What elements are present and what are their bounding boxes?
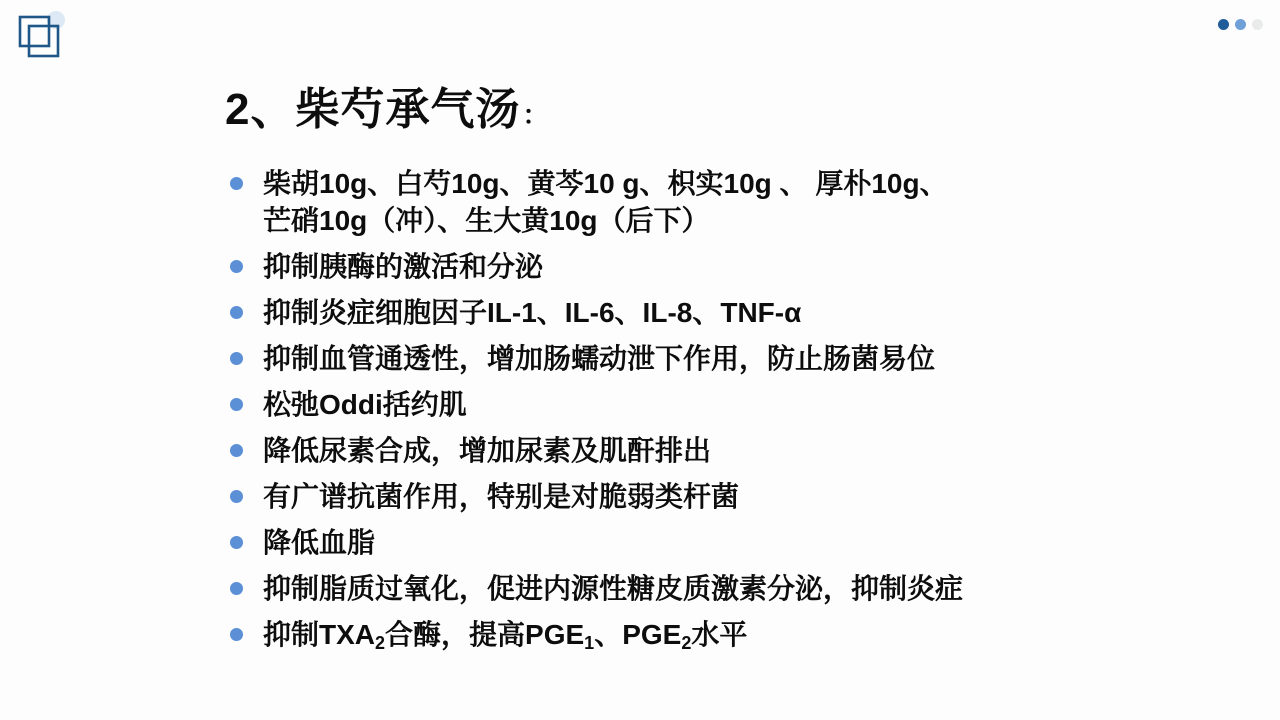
bullet-item-5: 松弛Oddi括约肌 [225,386,1105,423]
bullet-dot-icon [230,490,243,503]
pagination-dots [1218,19,1263,30]
pagination-dot-2 [1235,19,1246,30]
slide-title-text: 2、柴芍承气汤 [225,85,520,134]
bullet-list: 柴胡10g、白芍10g、黄芩10 g、枳实10g 、 厚朴10g、芒硝10g（冲… [225,165,1105,653]
pagination-dot-1 [1218,19,1229,30]
slide-canvas: 2、柴芍承气汤： 柴胡10g、白芍10g、黄芩10 g、枳实10g 、 厚朴10… [0,0,1280,720]
bullet-text: 抑制炎症细胞因子IL-1、IL-6、IL-8、TNF-α [263,294,801,331]
bullet-item-8: 降低血脂 [225,524,1105,561]
slide-title-colon: ： [522,100,549,130]
bullet-text: 有广谱抗菌作用，特别是对脆弱类杆菌 [263,478,739,515]
slide-content: 2、柴芍承气汤： 柴胡10g、白芍10g、黄芩10 g、枳实10g 、 厚朴10… [225,84,1105,662]
bullet-dot-icon [230,582,243,595]
bullet-text: 降低血脂 [263,524,375,561]
bullet-item-2: 抑制胰酶的激活和分泌 [225,248,1105,285]
bullet-dot-icon [230,628,243,641]
bullet-text: 抑制TXA2合酶，提高PGE1、PGE2水平 [263,616,747,653]
slide-title: 2、柴芍承气汤： [225,84,1105,141]
bullet-dot-icon [230,444,243,457]
bullet-dot-icon [230,352,243,365]
bullet-item-1: 柴胡10g、白芍10g、黄芩10 g、枳实10g 、 厚朴10g、芒硝10g（冲… [225,165,1105,239]
bullet-text: 松弛Oddi括约肌 [263,386,467,423]
bullet-text: 柴胡10g、白芍10g、黄芩10 g、枳实10g 、 厚朴10g、芒硝10g（冲… [263,165,948,239]
bullet-dot-icon [230,306,243,319]
bullet-text: 抑制胰酶的激活和分泌 [263,248,543,285]
bullet-item-3: 抑制炎症细胞因子IL-1、IL-6、IL-8、TNF-α [225,294,1105,331]
bullet-dot-icon [230,260,243,273]
bullet-text: 抑制脂质过氧化，促进内源性糖皮质激素分泌，抑制炎症 [263,570,963,607]
bullet-dot-icon [230,536,243,549]
overlapping-squares-icon [14,10,76,72]
bullet-item-7: 有广谱抗菌作用，特别是对脆弱类杆菌 [225,478,1105,515]
bullet-text: 降低尿素合成，增加尿素及肌酐排出 [263,432,711,469]
bullet-text: 抑制血管通透性，增加肠蠕动泄下作用，防止肠菌易位 [263,340,935,377]
bullet-item-9: 抑制脂质过氧化，促进内源性糖皮质激素分泌，抑制炎症 [225,570,1105,607]
bullet-item-6: 降低尿素合成，增加尿素及肌酐排出 [225,432,1105,469]
bullet-item-4: 抑制血管通透性，增加肠蠕动泄下作用，防止肠菌易位 [225,340,1105,377]
bullet-item-10: 抑制TXA2合酶，提高PGE1、PGE2水平 [225,616,1105,653]
pagination-dot-3 [1252,19,1263,30]
bullet-dot-icon [230,398,243,411]
bullet-dot-icon [230,177,243,190]
